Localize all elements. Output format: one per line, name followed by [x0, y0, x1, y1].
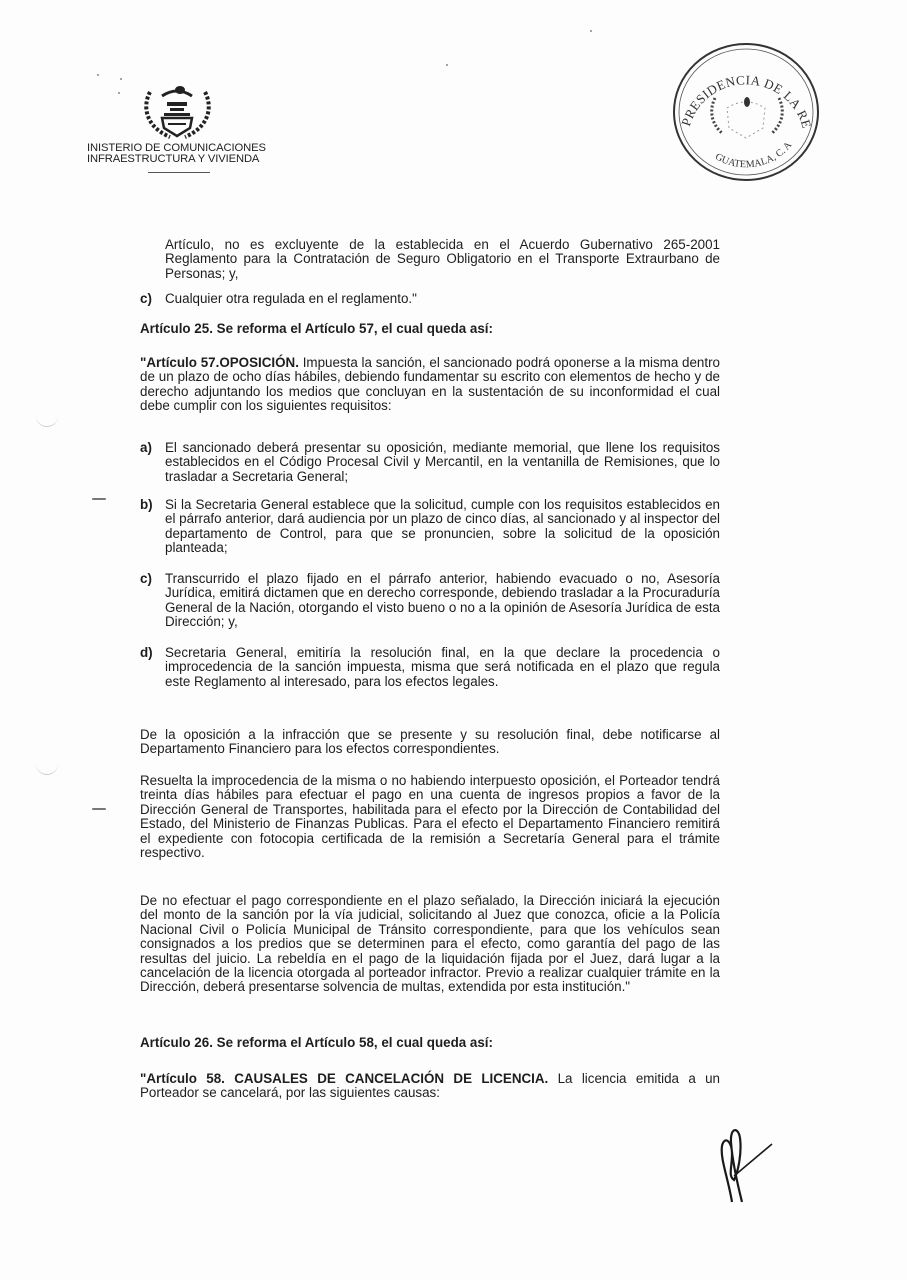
- list-item-label: b): [140, 498, 153, 512]
- paragraph-financial-notice: De la oposición a la infracción que se p…: [140, 728, 720, 757]
- margin-mark: [92, 808, 106, 810]
- article-57-title: "Artículo 57.OPOSICIÓN.: [140, 355, 299, 370]
- list-item-c-previous: c) Cualquier otra regulada en el reglame…: [140, 292, 720, 306]
- header-underline: [148, 172, 210, 173]
- margin-mark: [92, 498, 106, 500]
- list-item-label: d): [140, 646, 153, 660]
- article-58-title: "Artículo 58. CAUSALES DE CANCELACIÓN DE…: [140, 1071, 548, 1086]
- document-page: INISTERIO DE COMUNICACIONES INFRAESTRUCT…: [0, 0, 907, 1280]
- seal-top-text: PRESIDENCIA DE LA REPUBLICA: [667, 38, 815, 130]
- article-58-paragraph: "Artículo 58. CAUSALES DE CANCELACIÓN DE…: [140, 1072, 720, 1101]
- list-item-a: a) El sancionado deberá presentar su opo…: [140, 441, 720, 484]
- ministry-line-2: INFRAESTRUCTURA Y VIVIENDA: [87, 154, 266, 165]
- svg-text:PRESIDENCIA DE LA REPUBLICA: PRESIDENCIA DE LA REPUBLICA: [667, 38, 815, 130]
- list-item-text: El sancionado deberá presentar su oposic…: [165, 441, 720, 484]
- paragraph-judicial-execution: De no efectuar el pago correspondiente e…: [140, 894, 720, 995]
- handwritten-signature-icon: [712, 1118, 782, 1203]
- scan-speck: [118, 92, 120, 94]
- list-item-label: a): [140, 441, 152, 455]
- ministry-name: INISTERIO DE COMUNICACIONES INFRAESTRUCT…: [87, 143, 266, 165]
- punch-hole-mark: [36, 412, 58, 427]
- article-25-heading: Artículo 25. Se reforma el Artículo 57, …: [140, 322, 720, 336]
- list-item-label: c): [140, 572, 152, 586]
- punch-hole-mark: [36, 760, 58, 775]
- continuation-paragraph: Artículo, no es excluyente de la estable…: [165, 238, 720, 281]
- article-57-paragraph: "Artículo 57.OPOSICIÓN. Impuesta la sanc…: [140, 356, 720, 414]
- list-item-text: Transcurrido el plazo fijado en el párra…: [165, 572, 720, 630]
- paragraph-payment-terms: Resuelta la improcedencia de la misma o …: [140, 774, 720, 860]
- scan-speck: [446, 64, 448, 66]
- list-item-d: d) Secretaria General, emitiría la resol…: [140, 646, 720, 689]
- list-item-b: b) Si la Secretaria General establece qu…: [140, 498, 720, 556]
- list-item-text: Secretaria General, emitiría la resoluci…: [165, 646, 720, 689]
- presidential-seal-icon: PRESIDENCIA DE LA REPUBLICA GUATEMALA, C…: [667, 38, 823, 186]
- list-item-c: c) Transcurrido el plazo fijado en el pá…: [140, 572, 720, 630]
- article-26-heading: Artículo 26. Se reforma el Artículo 58, …: [140, 1036, 720, 1050]
- scan-speck: [120, 78, 122, 80]
- guatemala-coat-of-arms-icon: [140, 82, 215, 142]
- list-item-text: Cualquier otra regulada en el reglamento…: [165, 292, 720, 306]
- scan-speck: [590, 30, 592, 32]
- list-item-text: Si la Secretaria General establece que l…: [165, 498, 720, 556]
- scan-speck: [97, 74, 99, 76]
- list-item-label: c): [140, 292, 152, 306]
